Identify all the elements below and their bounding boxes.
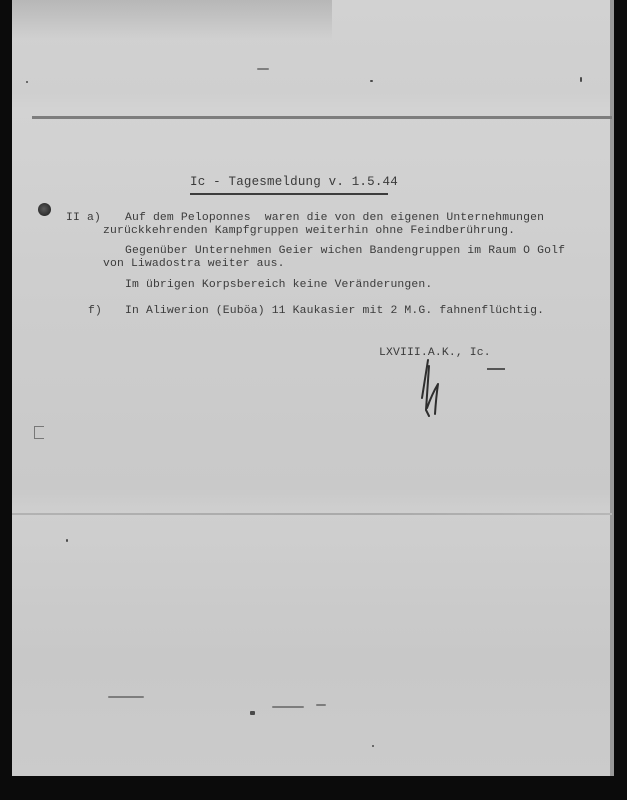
report-line: von Liwadostra weiter aus. [103,258,285,271]
report-line: Gegenüber Unternehmen Geier wichen Bande… [125,245,565,258]
binder-mark-icon [34,426,44,439]
section-label-iia: II a) [66,212,101,225]
scan-artifact [257,68,269,70]
title-underline [190,193,388,195]
scan-artifact [272,706,304,708]
scan-artifact [316,704,326,706]
report-line: In Aliwerion (Euböa) 11 Kaukasier mit 2 … [125,305,544,318]
report-line: Im übrigen Korpsbereich keine Veränderun… [125,279,432,292]
document-title: Ic - Tagesmeldung v. 1.5.44 [190,175,398,189]
section-label-f: f) [88,305,102,318]
ink-dash-mark [487,368,505,370]
scan-artifact [372,745,374,747]
handwritten-signature-icon [418,358,448,418]
scan-artifact [250,711,255,715]
scan-artifact [108,696,144,698]
report-line: Auf dem Peloponnes waren die von den eig… [125,212,544,225]
page-fold-line [32,116,612,119]
scan-artifact [580,77,582,82]
scan-artifact [26,81,28,83]
page-fold-line-lower [12,513,612,515]
page-shadow [12,0,332,40]
report-line: zurückkehrenden Kampfgruppen weiterhin o… [103,225,515,238]
punch-hole-icon [38,203,51,216]
scan-artifact [370,80,373,82]
scan-artifact [66,539,68,542]
